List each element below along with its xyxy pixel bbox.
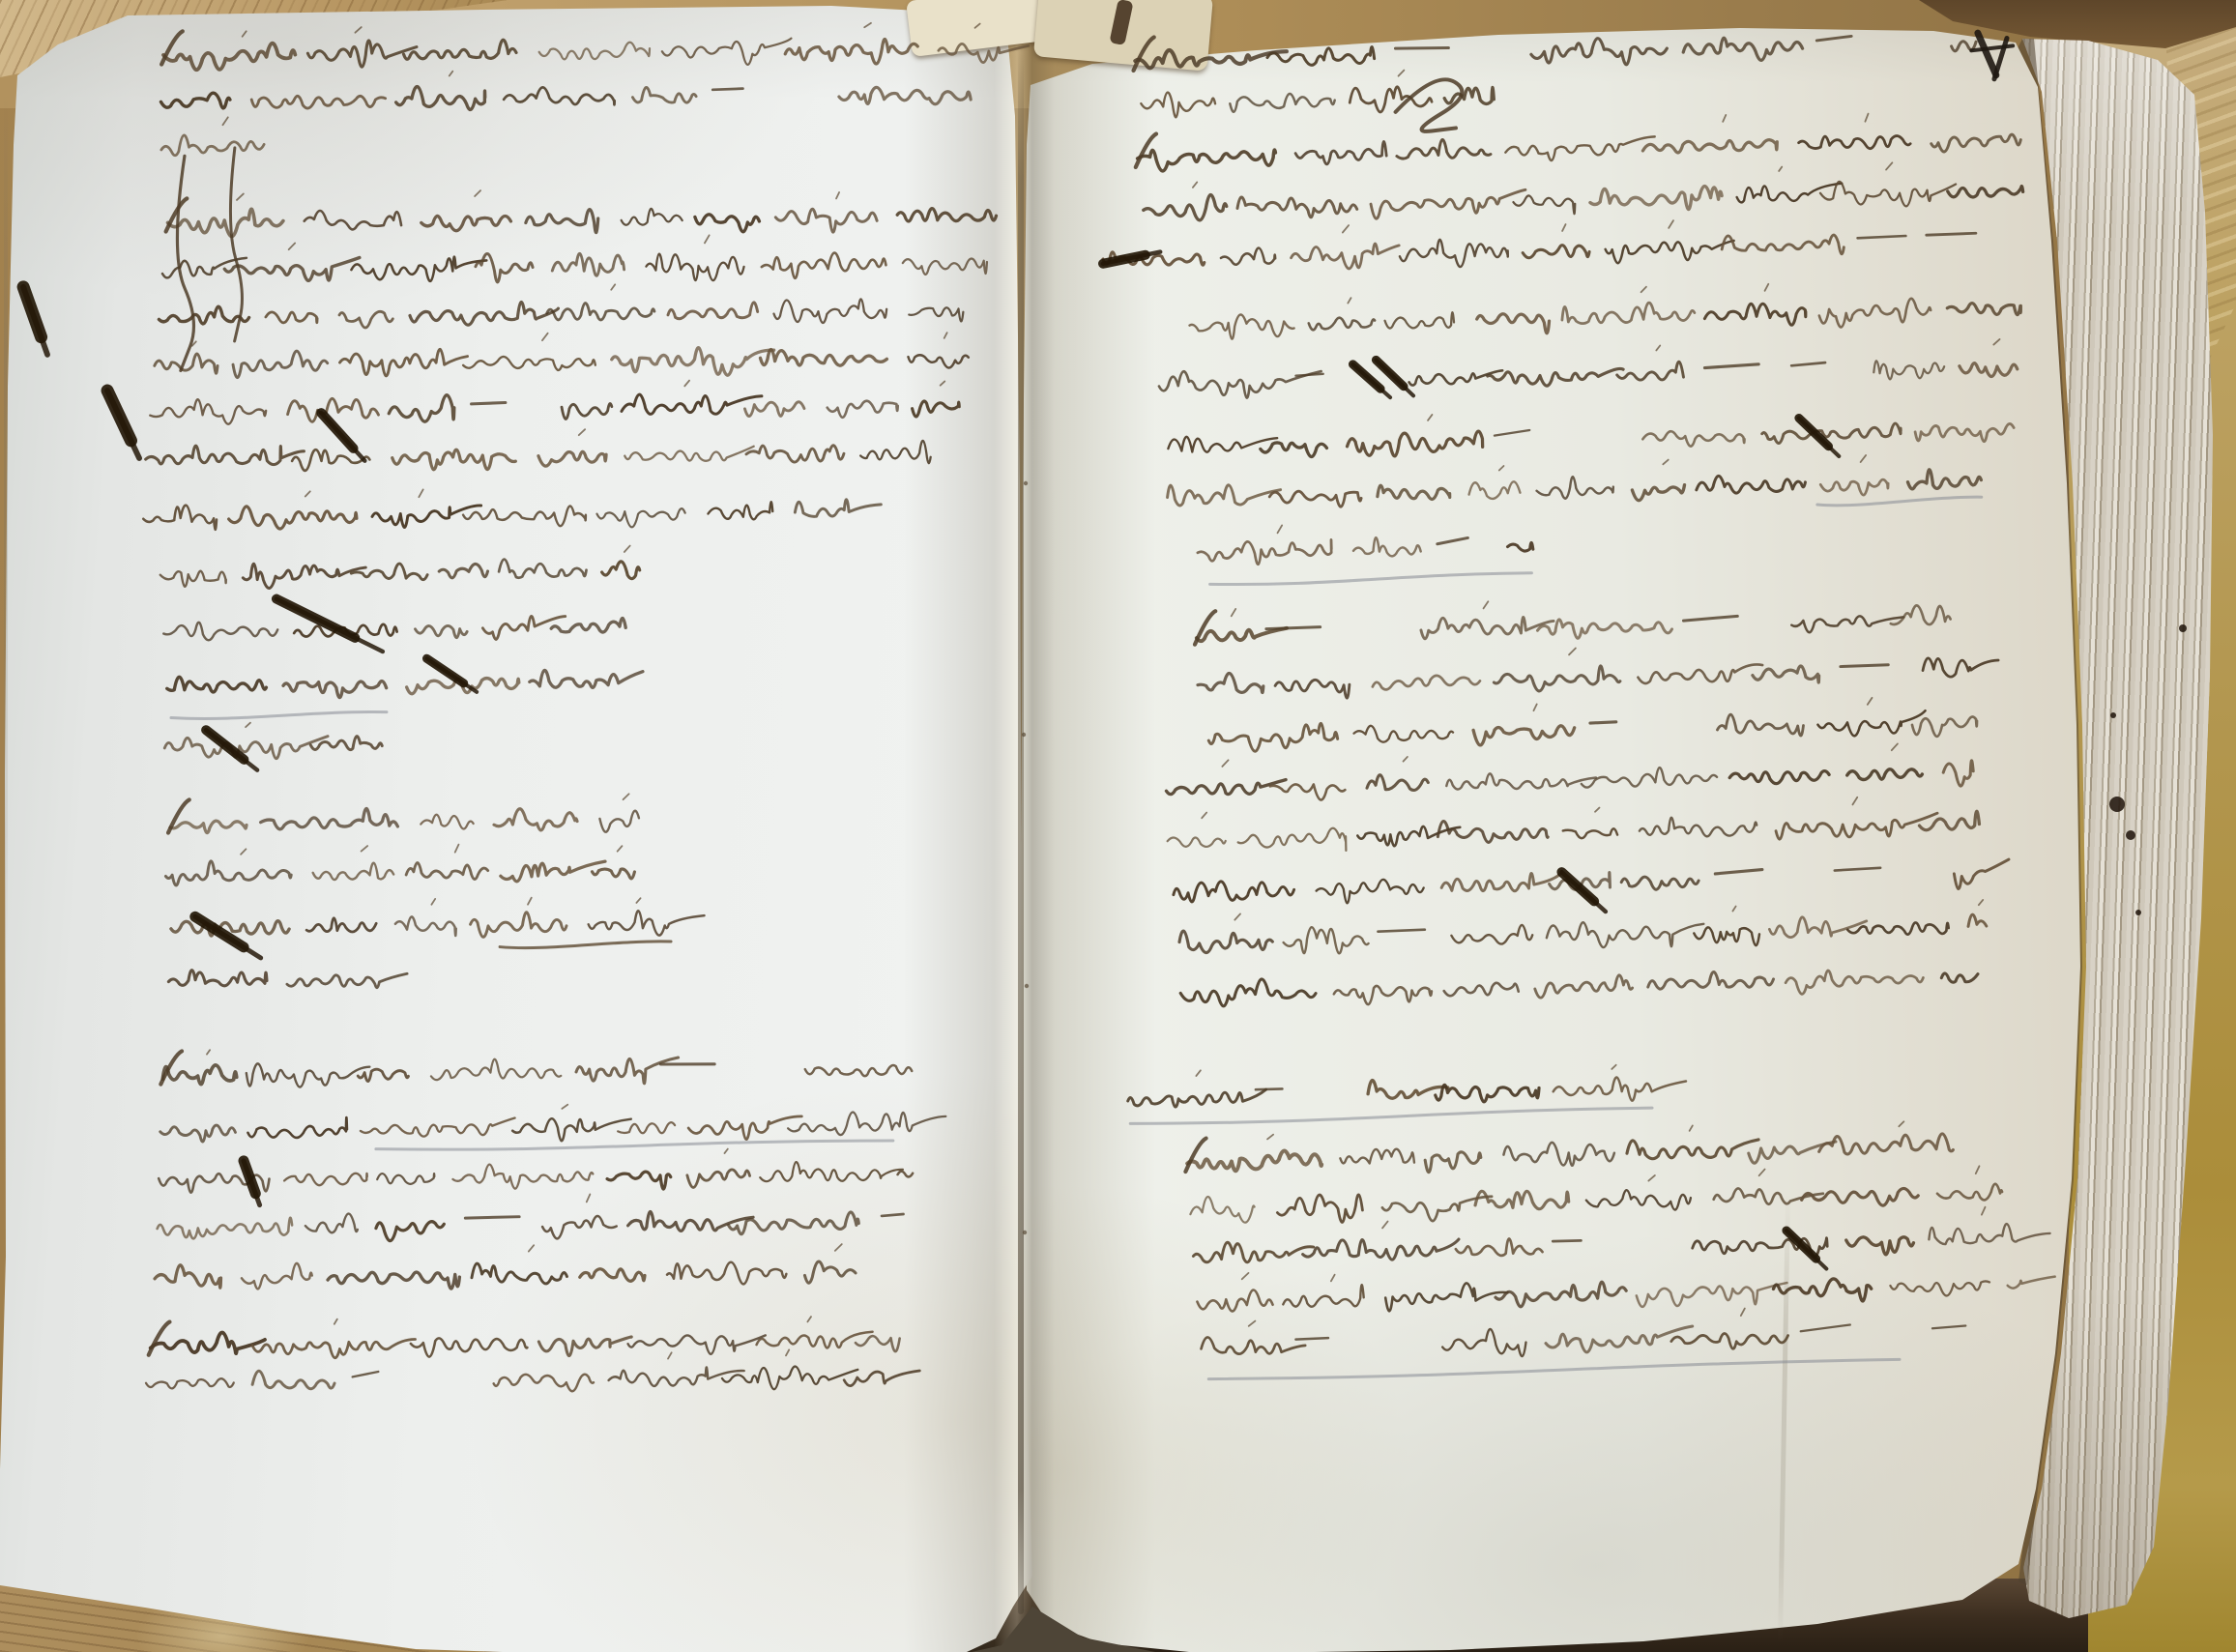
fore-edge-ink-spot (2179, 624, 2187, 632)
handwriting-dash (1791, 362, 1825, 365)
pen-flourish (230, 148, 243, 341)
handwriting-word (306, 917, 376, 932)
underline-mark (1130, 1108, 1652, 1125)
handwriting-word (1563, 828, 1617, 838)
handwriting-word (287, 398, 378, 422)
diacritic-stroke (1249, 1321, 1256, 1326)
diacritic-stroke (528, 898, 532, 905)
handwriting-word (1769, 915, 1867, 938)
diacritic-stroke (1398, 71, 1404, 76)
binding-stitch-dot (1022, 733, 1026, 737)
handwriting-word (552, 253, 624, 276)
diacritic-stroke (237, 193, 244, 199)
handwriting-word (1201, 1335, 1305, 1355)
diacritic-stroke (1669, 220, 1673, 228)
handwriting-word (612, 347, 774, 376)
handwriting-word (1473, 725, 1575, 745)
handwriting-word (646, 253, 743, 281)
diacritic-stroke (611, 284, 615, 289)
diacritic-stroke (1690, 1125, 1693, 1130)
handwriting-word (1890, 1281, 1989, 1296)
diacritic-stroke (786, 1349, 789, 1355)
underline-mark (500, 942, 671, 948)
handwriting-word (939, 43, 1029, 63)
handwriting-word (1237, 194, 1357, 218)
handwriting-word (470, 912, 566, 937)
handwriting-word (1890, 605, 1950, 625)
diacritic-stroke (807, 1317, 811, 1321)
handwriting-word (1537, 617, 1671, 639)
handwriting-word (1357, 826, 1461, 847)
left-page-handwriting (21, 21, 1040, 1396)
handwriting-word (775, 209, 877, 233)
handwriting-word (1189, 313, 1294, 339)
handwriting-word (1786, 969, 1924, 995)
handwriting-word (729, 1212, 859, 1234)
handwriting-word (1507, 542, 1532, 551)
handwriting-word (163, 43, 296, 71)
underline-mark (376, 1141, 893, 1150)
diacritic-stroke (864, 23, 871, 27)
diacritic-stroke (1242, 1273, 1249, 1279)
handwriting-word (538, 1337, 631, 1356)
handwriting-word (160, 571, 226, 588)
handwriting-word (1442, 1328, 1526, 1358)
diacritic-stroke (1779, 167, 1782, 171)
handwriting-word (1475, 1189, 1569, 1210)
handwriting-word (452, 1164, 593, 1190)
handwriting-word (165, 860, 291, 885)
handwriting-word (1503, 1141, 1614, 1167)
handwriting-word (146, 445, 305, 466)
handwriting-word (746, 445, 844, 462)
handwriting-word (242, 1263, 312, 1290)
handwriting-dash (1858, 236, 1906, 238)
diacritic-stroke (1976, 1166, 1980, 1174)
diacritic-stroke (1758, 1170, 1764, 1176)
handwriting-word (1408, 370, 1502, 385)
handwriting-word (1367, 774, 1429, 792)
handwriting-word (1441, 873, 1562, 893)
handwriting-ink-overlay (0, 0, 2236, 1652)
handwriting-word (151, 1332, 266, 1354)
diacritic-stroke (450, 72, 453, 76)
ink-blot-tail (23, 287, 47, 355)
handwriting-word (160, 93, 230, 108)
diacritic-stroke (836, 192, 839, 198)
handwriting-dash (882, 1214, 904, 1216)
handwriting-word (1729, 770, 1829, 785)
handwriting-word (1261, 442, 1327, 458)
diacritic-stroke (684, 381, 689, 387)
handwriting-word (608, 1367, 743, 1386)
diacritic-stroke (241, 849, 246, 854)
handwriting-word (284, 1174, 367, 1186)
handwriting-word (607, 1172, 671, 1190)
diacritic-stroke (1277, 525, 1282, 533)
handwriting-word (744, 402, 804, 417)
handwriting-word (1488, 368, 1624, 387)
handwriting-word (795, 499, 881, 516)
handwriting-word (2007, 1277, 2054, 1289)
handwriting-word (1536, 476, 1613, 499)
handwriting-word (1694, 926, 1759, 946)
handwriting-word (618, 1122, 675, 1133)
pen-flourish (1395, 79, 1463, 132)
handwriting-word (162, 1065, 237, 1085)
handwriting-dash (1715, 870, 1762, 874)
binding-stitch-dot (1023, 1231, 1027, 1234)
handwriting-word (1791, 615, 1903, 632)
handwriting-word (1819, 298, 1931, 328)
handwriting-word (159, 306, 248, 324)
diacritic-stroke (1868, 698, 1873, 705)
handwriting-word (1915, 423, 2014, 443)
ink-blot-tail (1561, 871, 1605, 913)
handwriting-word (1642, 430, 1745, 448)
handwriting-word (897, 208, 996, 221)
handwriting-word (804, 1261, 856, 1284)
handwriting-dash (353, 1372, 379, 1377)
diacritic-stroke (289, 243, 296, 249)
diacritic-stroke (1267, 1135, 1273, 1140)
handwriting-word (1137, 148, 1275, 172)
handwriting-word (1523, 245, 1589, 258)
handwriting-word (421, 216, 511, 231)
diacritic-stroke (222, 117, 227, 125)
handwriting-word (756, 1332, 872, 1348)
handwriting-word (1562, 302, 1696, 324)
diacritic-stroke (1732, 907, 1735, 912)
handwriting-word (624, 447, 754, 462)
handwriting-word (1143, 194, 1227, 221)
diacritic-stroke (475, 190, 480, 196)
handwriting-word (773, 299, 886, 323)
handwriting-word (551, 618, 625, 632)
diacritic-stroke (246, 723, 250, 727)
handwriting-word (1496, 1282, 1627, 1308)
diacritic-stroke (1865, 114, 1868, 122)
handwriting-word (1671, 1332, 1788, 1350)
diacritic-stroke (579, 429, 585, 435)
handwriting-word (1941, 972, 1978, 982)
handwriting-dash (1437, 537, 1468, 543)
diacritic-stroke (705, 235, 710, 243)
handwriting-word (252, 1371, 334, 1390)
fore-edge-ink-spot (2135, 910, 2141, 915)
diacritic-stroke (1979, 900, 1984, 905)
handwriting-word (307, 41, 417, 68)
diacritic-stroke (1232, 609, 1236, 616)
handwriting-word (1237, 827, 1346, 853)
underline-mark (1210, 573, 1532, 586)
handwriting-word (1606, 241, 1735, 264)
handwriting-word (668, 303, 758, 319)
diacritic-stroke (1899, 1121, 1903, 1126)
handwriting-word (1801, 1188, 1918, 1207)
handwriting-word (596, 508, 684, 528)
diacritic-stroke (668, 1352, 672, 1358)
handwriting-word (1621, 876, 1699, 890)
handwriting-word (1397, 138, 1492, 159)
diacritic-stroke (355, 27, 361, 33)
handwriting-word (1198, 673, 1263, 694)
binding-stitch-dot (1025, 984, 1029, 988)
ink-blot-tail (276, 598, 383, 652)
diacritic-stroke (1612, 1065, 1616, 1069)
handwriting-word (1378, 484, 1450, 501)
handwriting-word (143, 505, 217, 530)
diacritic-stroke (1428, 415, 1433, 420)
diacritic-stroke (835, 1244, 842, 1251)
handwriting-word (1384, 312, 1454, 329)
handwriting-word (1193, 1240, 1314, 1263)
handwriting-word (251, 96, 386, 109)
handwriting-word (1456, 1238, 1543, 1257)
handwriting-word (150, 399, 266, 425)
handwriting-word (1269, 490, 1361, 508)
diacritic-stroke (1403, 757, 1408, 762)
handwriting-word (494, 1374, 595, 1392)
handwriting-word (403, 40, 516, 59)
handwriting-word (1582, 767, 1718, 788)
handwriting-word (358, 1069, 408, 1082)
handwriting-word (406, 862, 488, 880)
handwriting-word (410, 302, 559, 325)
fore-edge-ink-spot (2109, 797, 2125, 812)
handwriting-dash (1295, 1338, 1328, 1339)
handwriting-dash (660, 1064, 714, 1065)
handwriting-dash (1704, 364, 1758, 368)
handwriting-word (1513, 194, 1575, 215)
diacritic-stroke (636, 898, 640, 903)
handwriting-word (512, 1117, 631, 1141)
diacritic-stroke (1196, 1070, 1201, 1076)
handwriting-word (1923, 656, 1999, 678)
handwriting-word (396, 86, 485, 110)
handwriting-word (305, 1213, 358, 1232)
handwriting-word (463, 356, 595, 371)
diacritic-stroke (1499, 466, 1504, 471)
diacritic-stroke (941, 381, 945, 385)
handwriting-word (1846, 1236, 1914, 1256)
handwriting-word (839, 86, 971, 104)
diacritic-stroke (562, 1105, 567, 1109)
handwriting-word (1168, 836, 1226, 848)
handwriting-word (1353, 536, 1421, 557)
diacritic-stroke (305, 491, 310, 496)
handwriting-word (146, 1378, 234, 1389)
handwriting-word (229, 506, 357, 530)
manuscript-photo (0, 0, 2236, 1652)
handwriting-word (504, 87, 615, 106)
handwriting-word (1208, 723, 1338, 752)
handwriting-word (261, 808, 398, 829)
handwriting-word (1616, 362, 1683, 381)
handwriting-word (760, 349, 886, 366)
handwriting-dash (1801, 1324, 1850, 1331)
ink-blot-tail (107, 391, 139, 458)
handwriting-word (328, 1272, 459, 1290)
handwriting-word (1531, 37, 1668, 67)
diacritic-stroke (1656, 345, 1660, 350)
handwriting-word (1400, 238, 1508, 268)
diacritic-stroke (1569, 648, 1576, 654)
handwriting-word (361, 1118, 515, 1138)
diacritic-stroke (1892, 743, 1898, 750)
diacritic-stroke (1852, 797, 1857, 805)
handwriting-word (351, 256, 486, 281)
handwriting-word (1954, 859, 2010, 889)
handwriting-word (1135, 47, 1287, 69)
handwriting-word (860, 441, 931, 464)
handwriting-word (247, 1117, 347, 1138)
right-page-handwriting (1098, 17, 2057, 1382)
diacritic-stroke (1764, 284, 1768, 291)
handwriting-dash (1683, 616, 1737, 621)
handwriting-word (1283, 1285, 1364, 1308)
handwriting-dash (472, 402, 506, 403)
handwriting-dash (1295, 374, 1322, 376)
handwriting-dash (1590, 722, 1616, 723)
handwriting-word (1704, 303, 1806, 327)
handwriting-word (1722, 233, 1844, 256)
diacritic-stroke (1641, 287, 1646, 293)
handwriting-word (722, 1366, 858, 1390)
handwriting-word (1590, 186, 1723, 212)
handwriting-word (1947, 303, 2020, 317)
handwriting-word (1873, 360, 1944, 380)
handwriting-word (1907, 469, 1981, 489)
handwriting-word (1302, 1237, 1459, 1261)
paragraph-initial-stroke (148, 1322, 169, 1355)
diacritic-stroke (1993, 339, 2000, 345)
handwriting-word (1647, 971, 1773, 990)
handwriting-dash (712, 89, 742, 90)
handwriting-word (415, 625, 467, 638)
diacritic-stroke (334, 1319, 337, 1324)
handwriting-word (1230, 93, 1335, 112)
handwriting-word (266, 311, 317, 323)
underline-mark (171, 711, 387, 719)
handwriting-word (1436, 1083, 1540, 1103)
handwriting-word (411, 1338, 528, 1357)
handwriting-word (1444, 982, 1519, 996)
handwriting-word (788, 1112, 945, 1136)
handwriting-word (628, 1335, 766, 1355)
diacritic-stroke (1648, 1175, 1655, 1181)
handwriting-word (592, 869, 634, 879)
handwriting-word (547, 303, 654, 321)
handwriting-word (1586, 1189, 1692, 1212)
handwriting-word (1960, 362, 2018, 378)
diacritic-stroke (529, 1245, 534, 1251)
handwriting-word (530, 670, 643, 688)
handwriting-word (1535, 974, 1633, 998)
handwriting-word (1444, 87, 1494, 104)
handwriting-word (1451, 925, 1532, 945)
handwriting-word (392, 449, 516, 471)
handwriting-word (431, 1058, 561, 1080)
handwriting-word (168, 970, 267, 986)
handwriting-word (1166, 780, 1286, 797)
handwriting-word (562, 404, 612, 420)
handwriting-word (599, 811, 639, 832)
handwriting-word (1640, 816, 1757, 838)
handwriting-word (233, 351, 328, 378)
handwriting-word (1948, 187, 2023, 198)
handwriting-word (1128, 1089, 1266, 1108)
handwriting-word (376, 1222, 445, 1241)
diacritic-stroke (587, 1194, 591, 1202)
diacritic-stroke (542, 333, 548, 340)
handwriting-word (313, 863, 394, 881)
handwriting-word (622, 393, 762, 415)
handwriting-dash (1266, 627, 1321, 629)
handwriting-word (252, 1340, 416, 1359)
handwriting-word (908, 355, 968, 368)
diacritic-stroke (624, 546, 630, 552)
handwriting-word (1221, 247, 1276, 265)
handwriting-word (1167, 483, 1281, 507)
underline-mark (1817, 497, 1982, 506)
handwriting-dash (1256, 1088, 1282, 1089)
handwriting-word (785, 39, 917, 65)
handwriting-word (1642, 139, 1777, 153)
binding-stitch-dot (1024, 481, 1028, 485)
handwriting-word (1180, 978, 1316, 1007)
handwriting-dash (1495, 430, 1530, 436)
handwriting-word (1505, 136, 1655, 161)
handwriting-word (163, 622, 277, 641)
handwriting-word (224, 257, 360, 281)
handwriting-word (898, 1172, 914, 1177)
handwriting-word (476, 253, 533, 282)
diacritic-stroke (1533, 704, 1537, 710)
handwriting-word (1446, 771, 1596, 791)
handwriting-word (542, 1216, 617, 1239)
handwriting-word (1919, 811, 1979, 830)
handwriting-word (167, 677, 267, 693)
handwriting-word (1820, 479, 1888, 496)
handwriting-word (160, 1125, 236, 1142)
handwriting-word (1776, 813, 1938, 839)
handwriting-word (1943, 761, 1974, 787)
handwriting-word (1762, 423, 1902, 444)
handwriting-word (708, 502, 772, 520)
handwriting-word (695, 214, 760, 232)
diacritic-stroke (419, 489, 422, 497)
handwriting-word (287, 973, 407, 988)
handwriting-word (339, 349, 467, 376)
handwriting-word (1159, 368, 1322, 400)
handwriting-word (158, 1218, 293, 1239)
folio-corner-mark (1993, 38, 2008, 78)
diacritic-stroke (1663, 460, 1669, 465)
handwriting-word (1283, 926, 1369, 955)
handwriting-dash (1395, 47, 1448, 49)
handwriting-word (1371, 189, 1526, 218)
handwriting-word (1187, 1150, 1321, 1173)
diacritic-stroke (1222, 760, 1228, 767)
handwriting-word (1547, 919, 1704, 949)
handwriting-word (1309, 317, 1376, 331)
diacritic-stroke (974, 24, 979, 28)
paragraph-initial-stroke (168, 799, 189, 832)
handwriting-word (1713, 1186, 1823, 1205)
handwriting-word (421, 814, 474, 828)
handwriting-word (1820, 179, 1957, 208)
